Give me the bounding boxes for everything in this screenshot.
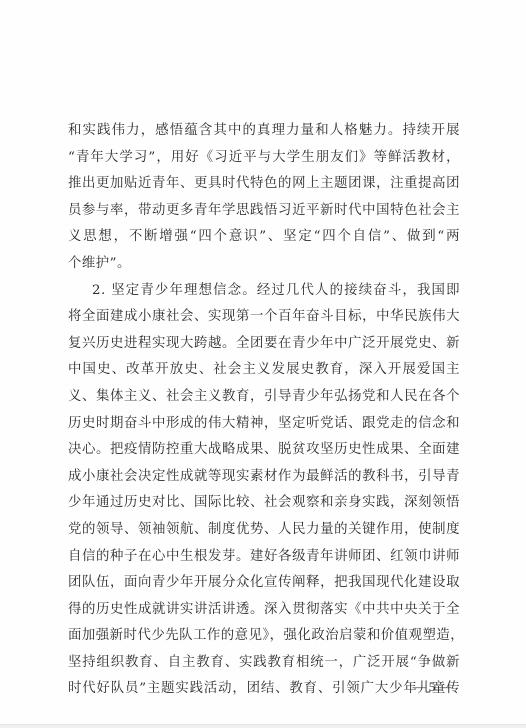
text-line: 成小康社会决定性成就等现实素材作为最鲜活的教科书，引导青 <box>68 464 460 491</box>
section-heading-line: 2. 坚定青少年理想信念。经过几代人的接续奋斗，我国即 <box>68 278 460 305</box>
text-line: 党的领导、领袖领航、制度优势、人民力量的关键作用，使制度 <box>68 517 460 544</box>
text-line: 义、集体主义、社会主义教育，引导青少年弘扬党和人民在各个 <box>68 384 460 411</box>
body-text: 和实践伟力，感悟蕴含其中的真理力量和人格魅力。持续开展 “青年大学习”，用好《习… <box>68 118 460 703</box>
document-page: 和实践伟力，感悟蕴含其中的真理力量和人格魅力。持续开展 “青年大学习”，用好《习… <box>0 0 526 724</box>
text-line: 团队伍，面向青少年开展分众化宣传阐释，把我国现代化建设取 <box>68 570 460 597</box>
text-line: “青年大学习”，用好《习近平与大学生朋友们》等鲜活教材， <box>68 145 460 172</box>
text-line: 面加强新时代少先队工作的意见》，强化政治启蒙和价值观塑造， <box>68 623 460 650</box>
text-line: 和实践伟力，感悟蕴含其中的真理力量和人格魅力。持续开展 <box>68 118 460 145</box>
text-line: 决心。把疫情防控重大战略成果、脱贫攻坚历史性成果、全面建 <box>68 437 460 464</box>
text-line: 少年通过历史对比、国际比较、社会观察和亲身实践，深刻领悟 <box>68 490 460 517</box>
text-line: 坚持组织教育、自主教育、实践教育相统一，广泛开展“争做新 <box>68 650 460 677</box>
text-line: 员参与率，带动更多青年学思践悟习近平新时代中国特色社会主 <box>68 198 460 225</box>
text-line: 复兴历史进程实现大跨越。全团要在青少年中广泛开展党史、新 <box>68 331 460 358</box>
text-line: 将全面建成小康社会、实现第一个百年奋斗目标，中华民族伟大 <box>68 304 460 331</box>
page-bottom-edge <box>0 724 526 728</box>
text-line: 历史时期奋斗中形成的伟大精神，坚定听党话、跟党走的信念和 <box>68 411 460 438</box>
text-line: 自信的种子在心中生根发芽。建好各级青年讲师团、红领巾讲师 <box>68 544 460 571</box>
text-line: 推出更加贴近青年、更具时代特色的网上主题团课，注重提高团 <box>68 171 460 198</box>
page-number: — 5 — <box>408 679 456 695</box>
text-line: 个维护”。 <box>68 251 460 278</box>
text-line: 时代好队员”主题实践活动，团结、教育、引领广大少年儿童传 <box>68 676 460 703</box>
text-line: 义思想，不断增强“四个意识”、坚定“四个自信”、做到“两 <box>68 224 460 251</box>
text-line: 中国史、改革开放史、社会主义发展史教育，深入开展爱国主 <box>68 357 460 384</box>
text-line: 得的历史性成就讲实讲活讲透。深入贯彻落实《中共中央关于全 <box>68 597 460 624</box>
